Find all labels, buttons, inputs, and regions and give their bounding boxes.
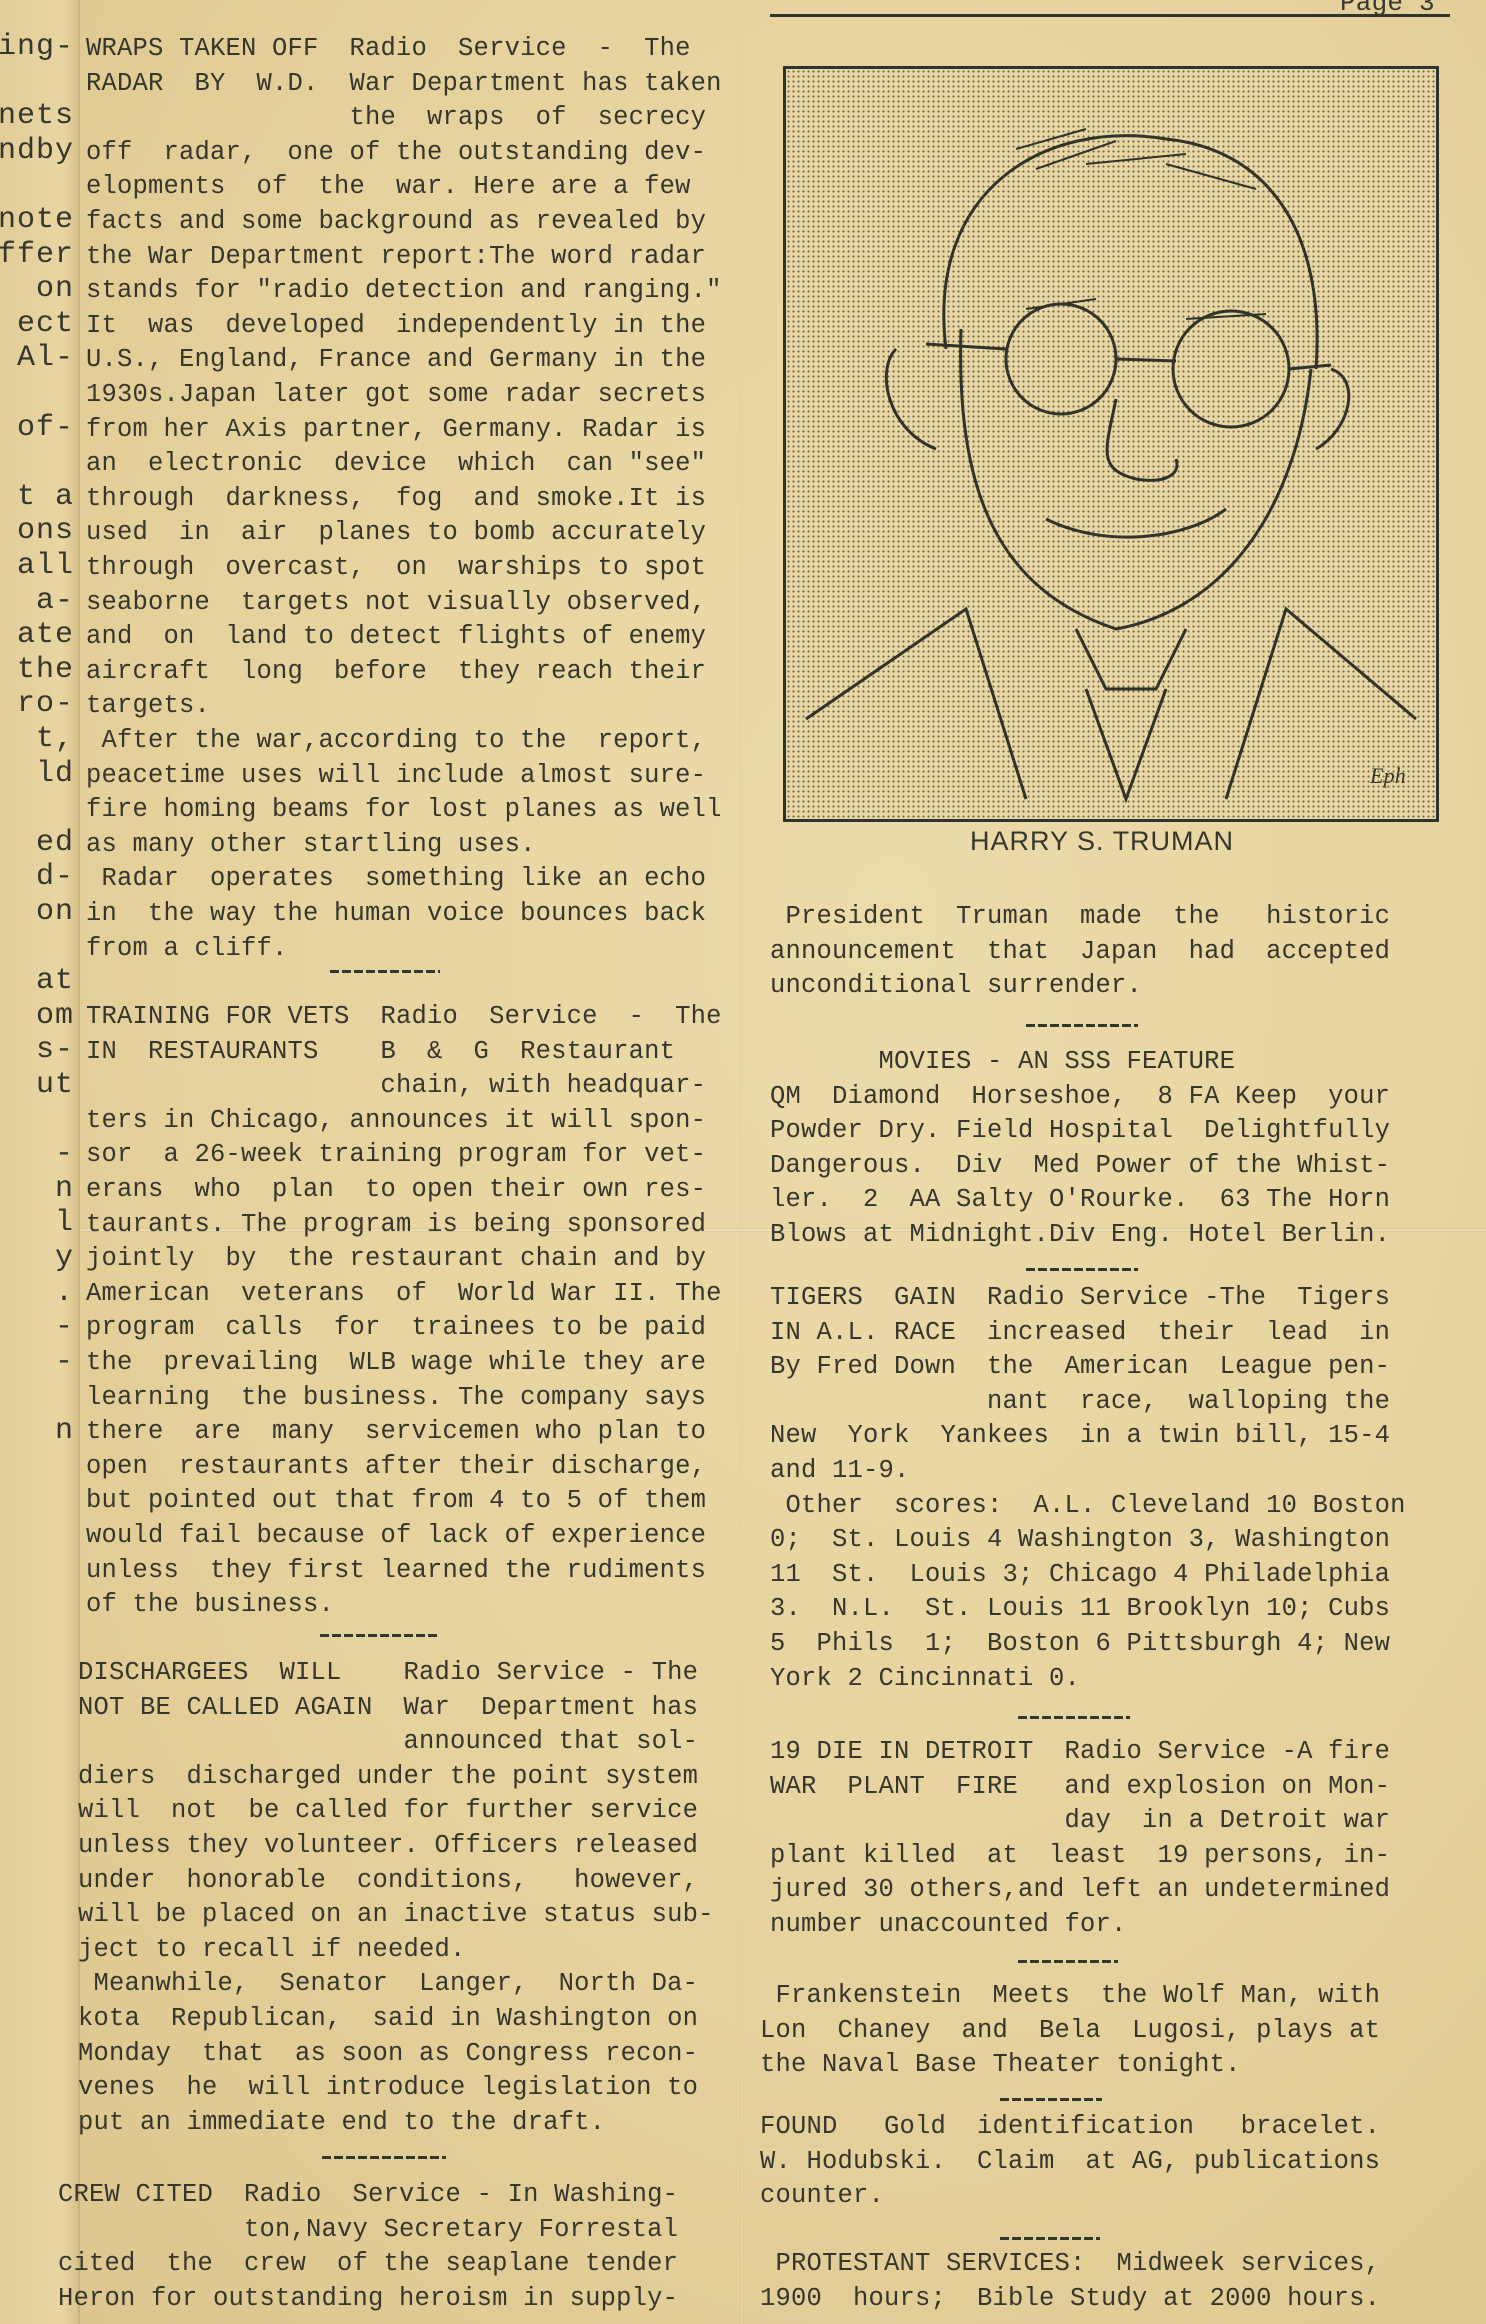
page-number: Page 3	[1340, 0, 1435, 20]
article-line: By Fred Down the American League pen-	[770, 1350, 1390, 1384]
article-line: unless they first learned the rudiments	[86, 1554, 706, 1588]
article-line: ler. 2 AA Salty O'Rourke. 63 The Horn	[770, 1183, 1390, 1217]
strip-fragment: ndby	[0, 134, 74, 168]
article-line: learning the business. The company says	[86, 1381, 706, 1415]
article-line: Heron for outstanding heroism in supply-	[58, 2282, 678, 2316]
article-line: sor a 26-week training program for vet-	[86, 1138, 706, 1172]
article-line: under honorable conditions, however,	[78, 1864, 698, 1898]
strip-fragment: ons	[17, 514, 74, 548]
article-line: put an immediate end to the draft.	[78, 2106, 605, 2140]
strip-fragment: l	[55, 1206, 74, 1240]
article-line: stands for "radio detection and ranging.…	[86, 274, 722, 308]
article-line: jured 30 others,and left an undetermined	[770, 1873, 1390, 1907]
article-line: facts and some background as revealed by	[86, 205, 706, 239]
article-line: and 11-9.	[770, 1454, 910, 1488]
article-line: jointly by the restaurant chain and by	[86, 1242, 706, 1276]
article-line: through darkness, fog and smoke.It is	[86, 482, 706, 516]
article-line: kota Republican, said in Washington on	[78, 2002, 698, 2036]
article-line: PROTESTANT SERVICES: Midweek services,	[760, 2247, 1380, 2281]
strip-fragment: ld	[36, 757, 74, 791]
article-line: 19 DIE IN DETROIT Radio Service -A fire	[770, 1735, 1390, 1769]
section-separator	[322, 2156, 446, 2159]
strip-fragment: s-	[36, 1033, 74, 1067]
article-line: diers discharged under the point system	[78, 1760, 698, 1794]
strip-fragment: a-	[17, 584, 74, 618]
strip-fragment: ed	[36, 826, 74, 860]
artist-signature: Eph	[1370, 759, 1406, 793]
strip-fragment: nets	[0, 99, 74, 133]
article-line: IN RESTAURANTS B & G Restaurant	[86, 1035, 675, 1069]
article-line: President Truman made the historic	[770, 900, 1390, 934]
article-line: W. Hodubski. Claim at AG, publications	[760, 2145, 1380, 2179]
strip-fragment: Al-	[17, 341, 74, 375]
section-separator	[1018, 1716, 1130, 1719]
article-line: CREW CITED Radio Service - In Washing-	[58, 2178, 678, 2212]
article-line: an electronic device which can "see"	[86, 447, 706, 481]
article-line: Powder Dry. Field Hospital Delightfully	[770, 1114, 1390, 1148]
article-line: through overcast, on warships to spot	[86, 551, 706, 585]
strip-fragment: ect	[17, 307, 74, 341]
section-separator	[1000, 2237, 1100, 2240]
strip-fragment: ffer	[0, 238, 74, 272]
strip-fragment: at	[36, 964, 74, 998]
article-line: 3. N.L. St. Louis 11 Brooklyn 10; Cubs	[770, 1592, 1390, 1626]
article-line: WRAPS TAKEN OFF Radio Service - The	[86, 32, 691, 66]
article-line: targets.	[86, 689, 210, 723]
article-line: venes he will introduce legislation to	[78, 2071, 698, 2105]
strip-fragment: on	[36, 895, 74, 929]
article-line: unless they volunteer. Officers released	[78, 1829, 698, 1863]
article-line: day in a Detroit war	[770, 1804, 1390, 1838]
strip-fragment: ate	[17, 618, 74, 652]
article-line: Monday that as soon as Congress recon-	[78, 2037, 698, 2071]
article-line: announced that sol-	[78, 1725, 698, 1759]
article-line: will be placed on an inactive status sub…	[78, 1898, 714, 1932]
truman-portrait: Eph	[783, 66, 1439, 822]
article-line: from her Axis partner, Germany. Radar is	[86, 413, 706, 447]
article-line: nant race, walloping the	[770, 1385, 1390, 1419]
article-line: fire homing beams for lost planes as wel…	[86, 793, 722, 827]
article-line: there are many servicemen who plan to	[86, 1415, 706, 1449]
article-line: Frankenstein Meets the Wolf Man, with	[760, 1979, 1380, 2013]
article-line: program calls for trainees to be paid	[86, 1311, 706, 1345]
strip-fragment: ut	[36, 1068, 74, 1102]
article-line: DISCHARGEES WILL Radio Service - The	[78, 1656, 698, 1690]
article-line: 1930s.Japan later got some radar secrets	[86, 378, 706, 412]
article-line: Other scores: A.L. Cleveland 10 Boston	[770, 1489, 1406, 1523]
strip-fragment: t a	[17, 480, 74, 514]
article-line: seaborne targets not visually observed,	[86, 586, 706, 620]
article-line: U.S., England, France and Germany in the	[86, 343, 706, 377]
article-line: used in air planes to bomb accurately	[86, 516, 706, 550]
article-line: the wraps of secrecy	[86, 101, 706, 135]
article-line: American veterans of World War II. The	[86, 1277, 722, 1311]
article-line: in the way the human voice bounces back	[86, 897, 706, 931]
adjacent-page-strip: ing-netsndbynoteffer onectAl-of-t aonsal…	[0, 0, 80, 2324]
article-line: open restaurants after their discharge,	[86, 1450, 706, 1484]
strip-fragment: y	[55, 1241, 74, 1275]
section-separator	[1026, 1024, 1138, 1027]
article-line: QM Diamond Horseshoe, 8 FA Keep your	[770, 1080, 1390, 1114]
strip-fragment: ing-	[0, 30, 74, 64]
strip-fragment: all	[17, 549, 74, 583]
portrait-drawing-icon	[786, 69, 1436, 819]
strip-fragment: om	[36, 999, 74, 1033]
article-line: from a cliff.	[86, 932, 288, 966]
article-line: It was developed independently in the	[86, 309, 706, 343]
article-line: Radar operates something like an echo	[86, 862, 706, 896]
article-line: FOUND Gold identification bracelet.	[760, 2110, 1380, 2144]
strip-fragment: the	[17, 653, 74, 687]
article-line: ject to recall if needed.	[78, 1933, 466, 1967]
article-line: the War Department report:The word radar	[86, 240, 706, 274]
article-line: will not be called for further service	[78, 1794, 698, 1828]
article-line: announcement that Japan had accepted	[770, 935, 1390, 969]
article-line: After the war,according to the report,	[86, 724, 706, 758]
article-line: chain, with headquar-	[86, 1069, 706, 1103]
strip-fragment: n	[55, 1172, 74, 1206]
article-line: TRAINING FOR VETS Radio Service - The	[86, 1000, 722, 1034]
article-line: Dangerous. Div Med Power of the Whist-	[770, 1149, 1390, 1183]
strip-fragment: ro-	[17, 687, 74, 721]
strip-fragment: -	[55, 1310, 74, 1344]
article-line: off radar, one of the outstanding dev-	[86, 136, 706, 170]
paper-fold-vertical	[740, 0, 743, 2324]
article-line: 11 St. Louis 3; Chicago 4 Philadelphia	[770, 1558, 1390, 1592]
section-separator	[1026, 1268, 1138, 1271]
strip-fragment: -	[55, 1345, 74, 1379]
article-line: the prevailing WLB wage while they are	[86, 1346, 706, 1380]
strip-fragment: d-	[36, 860, 74, 894]
strip-fragment: n	[55, 1414, 74, 1448]
article-line: and on land to detect flights of enemy	[86, 620, 706, 654]
article-line: taurants. The program is being sponsored	[86, 1208, 706, 1242]
article-line: elopments of the war. Here are a few	[86, 170, 691, 204]
article-line: erans who plan to open their own res-	[86, 1173, 706, 1207]
strip-fragment: t,	[36, 722, 74, 756]
article-line: as many other startling uses.	[86, 828, 536, 862]
article-line: IN A.L. RACE increased their lead in	[770, 1316, 1390, 1350]
article-line: number unaccounted for.	[770, 1908, 1127, 1942]
article-line: the Naval Base Theater tonight.	[760, 2048, 1241, 2082]
section-separator	[320, 1634, 440, 1637]
article-line: counter.	[760, 2179, 884, 2213]
strip-fragment: of-	[17, 411, 74, 445]
article-line: ters in Chicago, announces it will spon-	[86, 1104, 706, 1138]
strip-fragment: note	[0, 203, 74, 237]
article-line: RADAR BY W.D. War Department has taken	[86, 67, 722, 101]
article-line: NOT BE CALLED AGAIN War Department has	[78, 1691, 698, 1725]
section-separator	[330, 970, 440, 973]
article-line: would fail because of lack of experience	[86, 1519, 706, 1553]
article-line: of the business.	[86, 1588, 334, 1622]
article-line: 0; St. Louis 4 Washington 3, Washington	[770, 1523, 1390, 1557]
article-line: York 2 Cincinnati 0.	[770, 1662, 1080, 1696]
article-line: aircraft long before they reach their	[86, 655, 706, 689]
article-line: TIGERS GAIN Radio Service -The Tigers	[770, 1281, 1390, 1315]
article-line: WAR PLANT FIRE and explosion on Mon-	[770, 1770, 1390, 1804]
article-line: unconditional surrender.	[770, 969, 1142, 1003]
article-line: MOVIES - AN SSS FEATURE	[770, 1045, 1235, 1079]
article-line: Lon Chaney and Bela Lugosi, plays at	[760, 2014, 1380, 2048]
strip-fragment: -	[55, 1137, 74, 1171]
strip-fragment: .	[55, 1276, 74, 1310]
strip-fragment: on	[0, 272, 74, 306]
article-line: New York Yankees in a twin bill, 15-4	[770, 1419, 1390, 1453]
article-line: peacetime uses will include almost sure-	[86, 759, 706, 793]
article-line: plant killed at least 19 persons, in-	[770, 1839, 1390, 1873]
article-line: but pointed out that from 4 to 5 of them	[86, 1484, 706, 1518]
article-line: Blows at Midnight.Div Eng. Hotel Berlin.	[770, 1218, 1390, 1252]
article-line: ton,Navy Secretary Forrestal	[58, 2213, 678, 2247]
section-separator	[1000, 2098, 1102, 2101]
article-line: 5 Phils 1; Boston 6 Pittsburgh 4; New	[770, 1627, 1390, 1661]
section-separator	[1018, 1960, 1118, 1963]
article-line: cited the crew of the seaplane tender	[58, 2247, 678, 2281]
portrait-caption: HARRY S. TRUMAN	[970, 826, 1234, 857]
article-line: Meanwhile, Senator Langer, North Da-	[78, 1967, 698, 2001]
article-line: 1900 hours; Bible Study at 2000 hours.	[760, 2282, 1380, 2316]
